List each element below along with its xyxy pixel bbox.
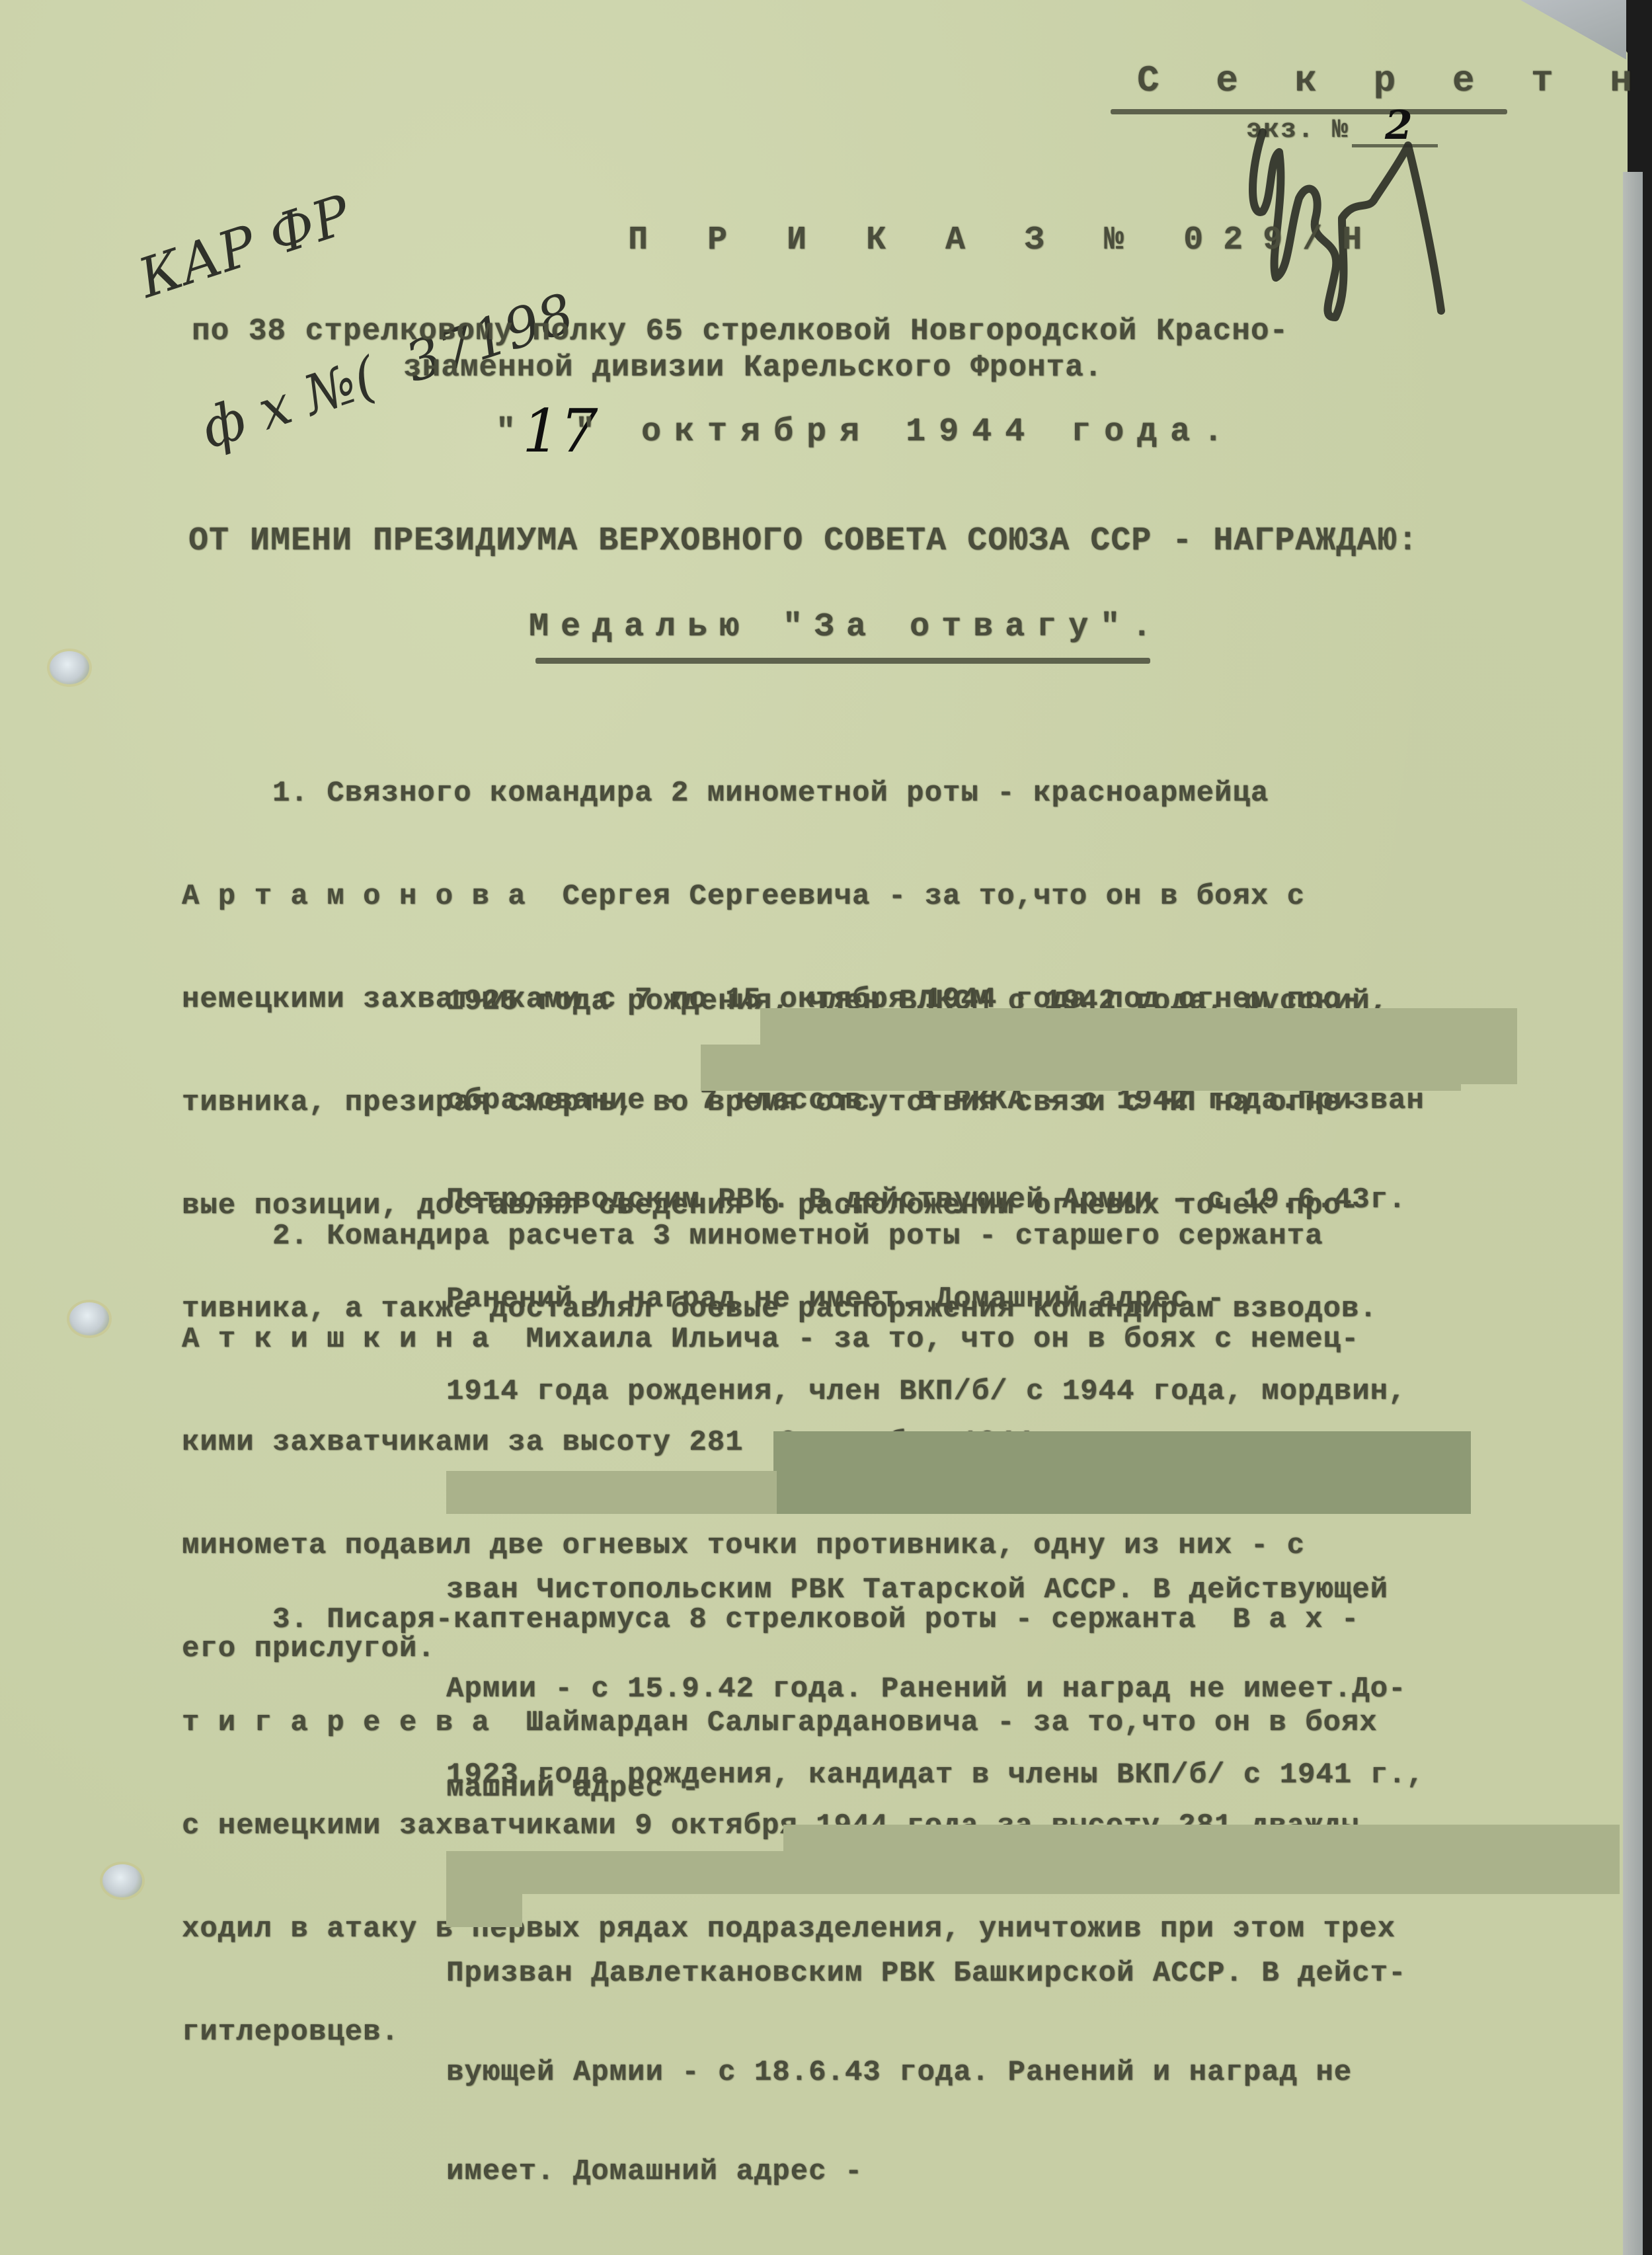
citation-line: А р т а м о н о в а Сергея Сергеевича - …: [182, 879, 1378, 914]
punch-hole-icon: [50, 651, 89, 684]
archive-stamp-line1: КАР ФР: [133, 132, 530, 307]
order-subtitle-line2: знаменной дивизии Карельского Фронта.: [403, 350, 1103, 385]
redaction-box: [446, 1851, 1620, 1894]
paper-edge: [1623, 172, 1643, 2255]
date-open-quote: ": [496, 413, 516, 451]
citation-line: 3. Писаря-каптенармуса 8 стрелковой роты…: [182, 1602, 1396, 1637]
award-heading: Медалью "За отвагу".: [529, 608, 1163, 646]
redaction-box: [783, 1825, 1620, 1854]
order-title: П Р И К А З № 029/Н: [628, 221, 1382, 259]
entry-3-bio: 1923 года рождения, кандидат в члены ВКП…: [446, 1692, 1425, 2221]
bio-line: вующей Армии - с 18.6.43 года. Ранений и…: [446, 2056, 1425, 2089]
order-subtitle-line1: по 38 стрелковому полку 65 стрелковой Но…: [192, 314, 1288, 348]
punch-hole-icon: [69, 1302, 109, 1335]
presidium-line: ОТ ИМЕНИ ПРЕЗИДИУМА ВЕРХОВНОГО СОВЕТА СО…: [188, 522, 1418, 560]
redaction-box: [701, 1045, 1461, 1091]
classification-mark: С е к р е т н о.: [1137, 59, 1652, 102]
bio-line: имеет. Домашний адрес -: [446, 2155, 1425, 2188]
date-rest: октября 1944 года.: [641, 413, 1236, 451]
citation-line: 1. Связного командира 2 минометной роты …: [182, 776, 1378, 811]
redaction-box: [446, 1471, 777, 1514]
bio-line: Призван Давлеткановским РВК Башкирской А…: [446, 1957, 1425, 1990]
redaction-box: [446, 1891, 522, 1927]
classification-underline: [1111, 109, 1507, 114]
date-close-quote: ": [575, 413, 608, 451]
bio-line: 1914 года рождения, член ВКП/б/ с 1944 г…: [446, 1375, 1406, 1408]
bio-line: 1923 года рождения, кандидат в члены ВКП…: [446, 1759, 1425, 1792]
citation-line: 2. Командира расчета 3 минометной роты -…: [182, 1219, 1359, 1253]
redaction-box: [773, 1431, 1471, 1514]
punch-hole-icon: [102, 1864, 142, 1897]
date-month-year: " октября 1944 года.: [575, 413, 1236, 451]
award-heading-underline: [535, 658, 1150, 664]
